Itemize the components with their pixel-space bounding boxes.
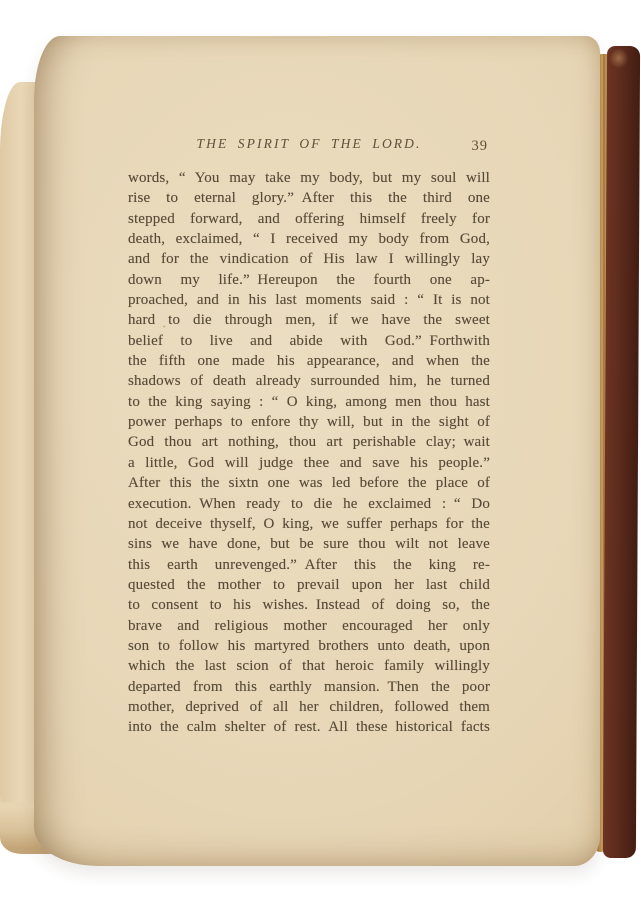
- text-line: into the calm shelter of rest. All these…: [128, 717, 490, 737]
- text-line: sins we have done, but be sure thou wilt…: [128, 534, 490, 554]
- text-line: death, exclaimed, “ I received my body f…: [128, 229, 490, 249]
- text-line: mother, deprived of all her children, fo…: [128, 697, 490, 717]
- text-line: execution. When ready to die he exclaime…: [128, 494, 490, 514]
- text-line: brave and religious mother encouraged he…: [128, 616, 490, 636]
- text-line: rise to eternal glory.” After this the t…: [128, 188, 490, 208]
- text-line: proached, and in his last moments said :…: [128, 290, 490, 310]
- text-line: stepped forward, and offering himself fr…: [128, 209, 490, 229]
- text-line: not deceive thyself, O king, we suffer p…: [128, 514, 490, 534]
- text-line: After this the sixtn one was led before …: [128, 473, 490, 493]
- text-line: to the king saying : “ O king, among men…: [128, 392, 490, 412]
- text-line: down my life.” Hereupon the fourth one a…: [128, 270, 490, 290]
- text-line: hard to die through men, if we have the …: [128, 310, 490, 330]
- text-line: words, “ You may take my body, but my so…: [128, 168, 490, 188]
- text-line: shadows of death already surrounded him,…: [128, 371, 490, 391]
- text-line: God thou art nothing, thou art perishabl…: [128, 432, 490, 452]
- page-body-text: words, “ You may take my body, but my so…: [128, 168, 490, 738]
- running-head: THE SPIRIT OF THE LORD. 39: [128, 135, 490, 157]
- text-line: a little, God will judge thee and save h…: [128, 453, 490, 473]
- book-photo: THE SPIRIT OF THE LORD. 39 words, “ You …: [0, 0, 641, 898]
- text-line: the fifth one made his appearance, and w…: [128, 351, 490, 371]
- book-cover: [603, 46, 640, 858]
- page-number: 39: [472, 138, 489, 155]
- running-head-title: THE SPIRIT OF THE LORD.: [197, 136, 422, 151]
- text-line: belief to live and abide with God.” Fort…: [128, 331, 490, 351]
- text-line: power perhaps to enfore thy will, but in…: [128, 412, 490, 432]
- text-line: son to follow his martyred brothers unto…: [128, 636, 490, 656]
- text-line: and for the vindication of His law I wil…: [128, 249, 490, 269]
- book-page: THE SPIRIT OF THE LORD. 39 words, “ You …: [34, 36, 600, 866]
- text-line: this earth unrevenged.” After this the k…: [128, 555, 490, 575]
- text-line: departed from this earthly mansion. Then…: [128, 677, 490, 697]
- text-line: quested the mother to prevail upon her l…: [128, 575, 490, 595]
- text-line: which the last scion of that heroic fami…: [128, 656, 490, 676]
- text-line: to consent to his wishes. Instead of doi…: [128, 595, 490, 615]
